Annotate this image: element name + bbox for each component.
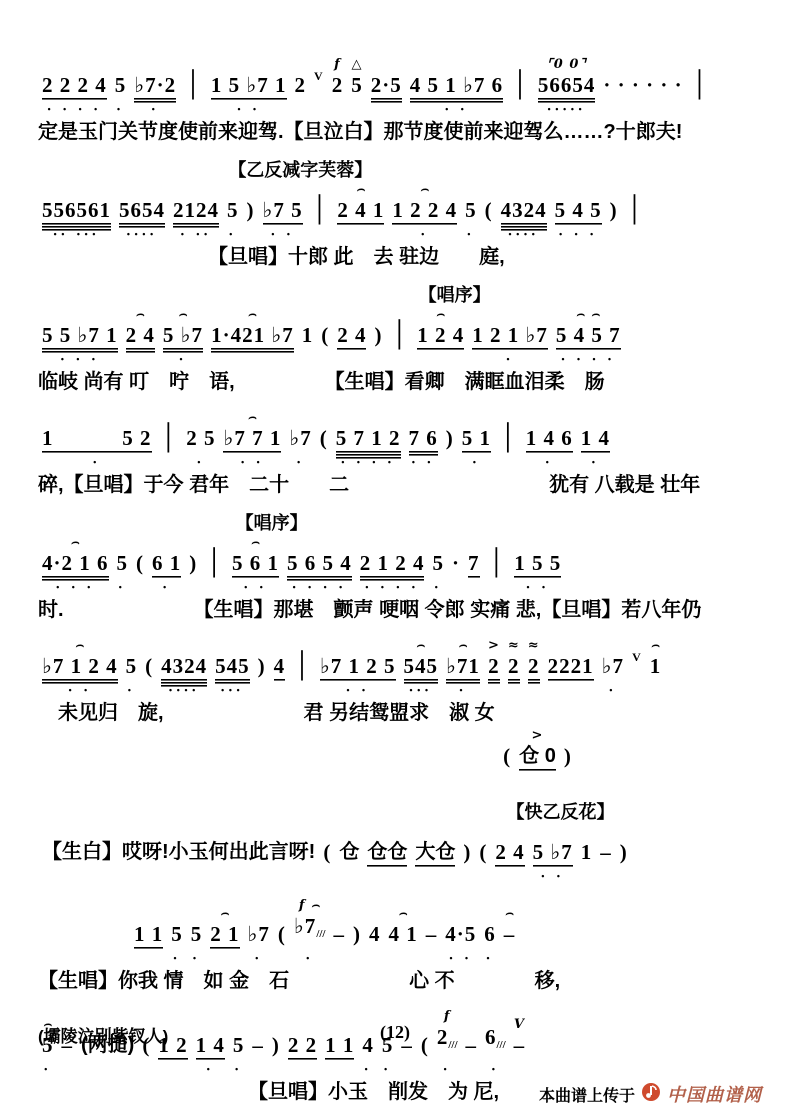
note-token: 556561∙∙ ∙∙∙ bbox=[42, 181, 111, 242]
page-footer: (壩陵泣别紫钗人) (12) bbox=[38, 1022, 752, 1048]
note-text: 4·5 bbox=[445, 922, 476, 946]
notation-line: 【生白】哎呀!小玉何出此言呀! ( 仓 仓仓 大仓 ) ( 2 4 5 ♭7∙ … bbox=[38, 823, 770, 884]
above-mark bbox=[259, 637, 265, 654]
note-token: f2 bbox=[332, 56, 344, 117]
octave-dots bbox=[403, 1066, 411, 1077]
note-text: ( bbox=[278, 922, 286, 946]
note-token: 2 2 2 4∙ ∙ ∙ ∙ bbox=[42, 56, 107, 117]
note-text: 1 bbox=[302, 323, 314, 347]
note-token: 4324∙∙∙∙ bbox=[501, 181, 547, 242]
octave-dots: ∙ ∙ ∙ ∙ bbox=[341, 459, 395, 470]
above-mark bbox=[385, 823, 391, 840]
above-mark bbox=[504, 727, 510, 744]
note-token: 545∙∙∙ bbox=[215, 637, 250, 698]
note-token: │ bbox=[390, 306, 409, 367]
tremolo-mark: /// bbox=[316, 928, 325, 940]
note-text: 4 5 1 ♭7 6 bbox=[410, 73, 503, 97]
note-token: ) bbox=[564, 727, 572, 788]
note-text: 【生白】哎呀!小玉何出此言呀! bbox=[42, 840, 315, 864]
above-mark bbox=[277, 637, 283, 654]
octave-dots: ∙ bbox=[173, 955, 181, 966]
note-text: 5 bbox=[171, 922, 183, 946]
octave-dots: ∙ ∙ bbox=[346, 687, 369, 698]
octave-dots bbox=[169, 1066, 177, 1077]
octave-dots bbox=[247, 231, 255, 242]
octave-dots: ∙ ∙ ∙ ∙ bbox=[292, 584, 346, 595]
above-mark bbox=[447, 409, 453, 426]
octave-dots bbox=[142, 1066, 150, 1077]
octave-dots bbox=[639, 106, 647, 117]
above-mark bbox=[486, 181, 492, 198]
note-text: 仓仓 bbox=[367, 840, 407, 864]
octave-dots bbox=[564, 777, 572, 788]
octave-dots bbox=[510, 687, 518, 698]
note-token: · bbox=[452, 534, 460, 595]
note-text: │ bbox=[499, 426, 518, 450]
lyrics-line: 定是玉门关节度使前来迎驾.【旦泣白】那节度使前来迎驾么……?十郎夫! bbox=[38, 119, 770, 146]
above-mark bbox=[611, 181, 617, 198]
note-token: │ bbox=[511, 56, 530, 117]
octave-dots: ∙ ∙ ∙ ∙ bbox=[365, 584, 419, 595]
lyrics-line: 未见归 旋, 君 另结鸳盟求 淑 女 bbox=[38, 700, 770, 727]
above-mark: ⌢ bbox=[398, 905, 408, 922]
note-text: 5 ♭7 bbox=[163, 323, 203, 347]
note-token: ) bbox=[446, 409, 454, 470]
above-mark: ⌢ bbox=[220, 905, 230, 922]
octave-dots bbox=[272, 1066, 280, 1077]
note-token: ) bbox=[463, 823, 471, 884]
note-token: ) bbox=[620, 823, 628, 884]
note-text: 5 bbox=[117, 551, 129, 575]
note-token: ⌢1 bbox=[650, 637, 662, 698]
note-token: ⌢5 6 1∙ ∙ bbox=[232, 534, 279, 595]
note-text: – bbox=[426, 922, 438, 946]
note-text: │ bbox=[205, 551, 224, 575]
above-mark bbox=[164, 534, 170, 551]
above-mark: ⌢ bbox=[70, 534, 80, 551]
notation-line: 2 2 2 4∙ ∙ ∙ ∙ 5∙ ♭7·2∙ │ 1 5 ♭7 1∙ ∙ 2 … bbox=[38, 56, 770, 117]
above-mark bbox=[174, 905, 180, 922]
note-token: 5 ♭7∙ ∙ bbox=[533, 823, 573, 884]
octave-dots: ∙ bbox=[297, 459, 305, 470]
octave-dots: ∙ bbox=[206, 1066, 214, 1077]
above-mark bbox=[280, 181, 286, 198]
above-mark: ⌢ bbox=[136, 306, 146, 323]
octave-dots bbox=[583, 873, 591, 884]
note-token: 2124∙ ∙∙ bbox=[173, 181, 219, 242]
octave-dots: ∙ bbox=[93, 459, 101, 470]
note-text: ♭7·2 bbox=[134, 73, 176, 97]
note-token: 4·5∙ ∙ bbox=[445, 905, 476, 966]
note-text: │ bbox=[488, 551, 507, 575]
octave-dots: ∙ ∙ bbox=[241, 459, 264, 470]
octave-dots: ∙ ∙ ∙ ∙ bbox=[47, 106, 101, 117]
octave-dots bbox=[470, 584, 478, 595]
octave-dots: ∙ bbox=[118, 584, 126, 595]
octave-dots bbox=[516, 1066, 524, 1077]
note-text: 1·421 ♭7 bbox=[211, 323, 294, 347]
note-token: ⌜0 0⌝56654∙∙∙∙∙ bbox=[538, 56, 596, 117]
above-mark bbox=[621, 823, 627, 840]
note-text: ) bbox=[620, 840, 628, 864]
octave-dots: ∙∙∙∙∙ bbox=[547, 106, 586, 117]
site-name[interactable]: 中国曲谱网 bbox=[667, 1081, 762, 1107]
above-mark bbox=[465, 823, 471, 840]
note-text: ( bbox=[321, 323, 329, 347]
above-mark bbox=[230, 181, 236, 198]
note-token: ⌢ ⌢5 4 5 7∙ ∙ ∙ ∙ bbox=[556, 306, 621, 367]
note-token: ) bbox=[610, 181, 618, 242]
note-text: 4 1 bbox=[388, 922, 417, 946]
octave-dots: ∙ ∙ bbox=[526, 584, 549, 595]
note-text: V bbox=[314, 64, 324, 88]
page-number: (12) bbox=[38, 1022, 752, 1043]
lyrics-line: 时. 【生唱】那堪 颤声 哽咽 令郎 实痛 悲,【旦唱】若八年仍 bbox=[38, 597, 770, 624]
above-mark bbox=[458, 905, 464, 922]
above-mark bbox=[565, 727, 571, 744]
octave-dots bbox=[446, 459, 454, 470]
octave-dots: ∙ bbox=[255, 955, 263, 966]
octave-dots bbox=[534, 777, 542, 788]
octave-dots: ∙ ∙ ∙ ∙ bbox=[561, 356, 615, 367]
above-mark bbox=[433, 823, 439, 840]
note-token: 2 bbox=[295, 56, 307, 117]
note-text: 4324 bbox=[161, 654, 207, 678]
note-text: 大仓 bbox=[415, 840, 455, 864]
octave-dots: ∙ bbox=[459, 687, 467, 698]
above-mark: ⌢ bbox=[251, 534, 261, 551]
note-text: 5 bbox=[227, 198, 239, 222]
above-mark bbox=[521, 181, 527, 198]
note-text: · · · · · · bbox=[603, 73, 682, 97]
notation-line: 556561∙∙ ∙∙∙ 5654∙∙∙∙ 2124∙ ∙∙ 5∙ ) ♭7 5… bbox=[38, 181, 770, 242]
above-mark bbox=[322, 306, 328, 323]
note-token: │ bbox=[488, 534, 507, 595]
note-text: ) bbox=[258, 654, 266, 678]
note-token: 1 bbox=[581, 823, 593, 884]
note-text: │ bbox=[511, 73, 530, 97]
note-token: ⌢2 4 bbox=[126, 306, 155, 367]
note-token: ⌢4 1 bbox=[388, 905, 417, 966]
note-token: ( bbox=[485, 181, 493, 242]
octave-dots bbox=[165, 459, 173, 470]
note-text: ) bbox=[564, 744, 572, 768]
octave-dots bbox=[652, 687, 660, 698]
note-token: 5∙ bbox=[171, 905, 183, 966]
octave-dots bbox=[190, 106, 198, 117]
octave-dots bbox=[493, 584, 501, 595]
octave-dots bbox=[211, 584, 219, 595]
note-token: 2221 bbox=[548, 637, 594, 698]
above-mark: ⌢ bbox=[248, 306, 258, 323]
octave-dots bbox=[530, 687, 538, 698]
octave-dots bbox=[602, 873, 610, 884]
note-text: │ bbox=[691, 73, 710, 97]
octave-dots: ∙ bbox=[384, 1066, 392, 1077]
note-token: 5 5 ♭7 1∙ ∙ ∙ bbox=[42, 306, 118, 367]
note-token: ) bbox=[353, 905, 361, 966]
lyrics-line: 碎,【旦唱】于今 君年 二十 二 犹有 八载是 壮年 bbox=[38, 472, 770, 499]
octave-dots bbox=[610, 231, 618, 242]
note-token: 仓仓 bbox=[367, 823, 407, 884]
octave-dots: ∙ bbox=[473, 459, 481, 470]
note-text: ♭7 bbox=[289, 426, 311, 450]
octave-dots: ∙∙∙∙ bbox=[508, 231, 539, 242]
note-text: │ bbox=[160, 426, 179, 450]
note-text: 2 1 2 4 bbox=[360, 551, 425, 575]
score-system: 【乙反减字芙蓉】 556561∙∙ ∙∙∙ 5654∙∙∙∙ 2124∙ ∙∙ … bbox=[38, 159, 770, 271]
note-token: 大仓 bbox=[415, 823, 455, 884]
above-mark bbox=[593, 409, 599, 426]
note-text: ♭7 1 2 5 bbox=[320, 654, 396, 678]
note-text: 2·5 bbox=[371, 73, 402, 97]
note-token: 5∙ bbox=[432, 534, 444, 595]
note-text: 556561 bbox=[42, 198, 111, 222]
above-mark bbox=[146, 905, 152, 922]
above-mark: > bbox=[532, 727, 544, 744]
octave-dots bbox=[334, 106, 342, 117]
octave-dots bbox=[145, 687, 153, 698]
note-token: 7 6∙ ∙ bbox=[409, 409, 438, 470]
note-text: 4 bbox=[274, 654, 286, 678]
octave-dots bbox=[375, 356, 383, 367]
above-mark bbox=[468, 181, 474, 198]
octave-dots bbox=[620, 873, 628, 884]
above-mark: ⌢ bbox=[356, 181, 366, 198]
above-mark bbox=[298, 409, 304, 426]
lyrics-line: 临岐 尚有 叮 咛 语, 【生唱】看卿 满眶血泪柔 肠 bbox=[38, 369, 770, 396]
octave-dots bbox=[567, 687, 575, 698]
octave-dots: ∙ ∙ bbox=[271, 231, 294, 242]
octave-dots bbox=[249, 356, 257, 367]
octave-dots: ∙ bbox=[506, 356, 514, 367]
note-token: 1 5 ♭7 1∙ ∙ bbox=[211, 56, 287, 117]
score-system: ⌢♭7 1 2 4∙ ∙ 5∙ ( 4324∙∙∙∙ 545∙∙∙ ) 4 │ … bbox=[38, 637, 770, 788]
above-mark: > bbox=[488, 637, 500, 654]
note-token: ⌢1 2 2 4∙ bbox=[392, 181, 457, 242]
note-token: ( bbox=[136, 534, 144, 595]
above-mark: ⌢ ⌢ bbox=[576, 306, 601, 323]
above-mark: ⌢ bbox=[436, 306, 446, 323]
note-text: 2221 bbox=[548, 654, 594, 678]
note-token: │ bbox=[160, 409, 179, 470]
above-mark bbox=[481, 823, 487, 840]
octave-dots: ∙∙∙ bbox=[409, 687, 432, 698]
note-text: ) bbox=[610, 198, 618, 222]
octave-dots bbox=[428, 955, 436, 966]
note-token: 1 1 bbox=[134, 905, 163, 966]
note-token: 1 bbox=[302, 306, 314, 367]
note-text: – bbox=[600, 840, 612, 864]
above-mark bbox=[193, 181, 199, 198]
score-system: 2 2 2 4∙ ∙ ∙ ∙ 5∙ ♭7·2∙ │ 1 5 ♭7 1∙ ∙ 2 … bbox=[38, 56, 770, 146]
octave-dots bbox=[452, 584, 460, 595]
note-text: 545 bbox=[404, 654, 439, 678]
above-mark bbox=[246, 56, 252, 73]
above-mark bbox=[194, 905, 200, 922]
note-token: 5∙ bbox=[227, 181, 239, 242]
note-token: │ bbox=[205, 534, 224, 595]
note-text: │ bbox=[311, 198, 330, 222]
octave-dots: ∙ bbox=[229, 231, 237, 242]
note-token: 【生白】哎呀!小玉何出此言呀! bbox=[42, 823, 315, 884]
octave-dots bbox=[696, 106, 704, 117]
octave-dots bbox=[335, 955, 343, 966]
note-text: 5 bbox=[432, 551, 444, 575]
octave-dots bbox=[463, 873, 471, 884]
above-mark bbox=[191, 534, 197, 551]
note-token: ( bbox=[323, 823, 331, 884]
above-mark bbox=[471, 534, 477, 551]
note-text: 5 bbox=[115, 73, 127, 97]
above-mark bbox=[347, 823, 353, 840]
octave-dots bbox=[467, 1066, 475, 1077]
note-text: 4 bbox=[369, 922, 381, 946]
above-mark bbox=[298, 56, 304, 73]
note-text: 7 6 bbox=[409, 426, 438, 450]
note-token: 2 4 bbox=[495, 823, 524, 884]
above-mark bbox=[230, 637, 236, 654]
above-mark bbox=[603, 823, 609, 840]
note-token: ≈2 bbox=[508, 637, 520, 698]
octave-dots bbox=[506, 955, 514, 966]
above-mark: ≈ bbox=[508, 637, 520, 654]
octave-dots bbox=[431, 873, 439, 884]
octave-dots bbox=[396, 356, 404, 367]
octave-dots: ∙ ∙ ∙ bbox=[60, 356, 99, 367]
score-system: 【唱序】⌢4·2 1 6∙ ∙ ∙ 5∙ ( 6 1∙ ) │ ⌢5 6 1∙ … bbox=[38, 512, 770, 624]
above-mark bbox=[325, 823, 331, 840]
above-mark bbox=[435, 534, 441, 551]
octave-dots: ∙ bbox=[197, 459, 205, 470]
octave-dots: ∙ bbox=[179, 356, 187, 367]
octave-dots: ∙ bbox=[486, 955, 494, 966]
octave-dots: ∙ ∙ bbox=[237, 106, 260, 117]
note-text: 5 bbox=[191, 922, 203, 946]
note-token: ( bbox=[320, 409, 328, 470]
notation-line: 1 1 5∙ 5∙⌢2 1 ♭7∙ ( f ⌢♭7///∙ – ) 4 ⌢4 1… bbox=[130, 897, 770, 966]
note-text: 545 bbox=[215, 654, 250, 678]
note-token: 5 1∙ bbox=[462, 409, 491, 470]
note-text: 2 4 1 bbox=[337, 198, 384, 222]
note-text: ) bbox=[353, 922, 361, 946]
octave-dots: ∙ ∙∙ bbox=[181, 231, 212, 242]
octave-dots bbox=[506, 873, 514, 884]
above-mark bbox=[321, 409, 327, 426]
above-mark bbox=[429, 905, 435, 922]
note-text: 1 bbox=[581, 840, 593, 864]
note-text: ♭7 7 1 bbox=[223, 426, 281, 450]
octave-dots bbox=[63, 1066, 71, 1077]
note-token: ( bbox=[479, 823, 487, 884]
note-token: ♭7 1 2 5∙ ∙ bbox=[320, 637, 396, 698]
octave-dots bbox=[145, 955, 153, 966]
octave-dots: ∙ ∙ ∙ bbox=[56, 584, 95, 595]
octave-dots bbox=[348, 356, 356, 367]
note-text: │ bbox=[626, 198, 645, 222]
note-token: 5∙ bbox=[117, 534, 129, 595]
notation-line: 5 5 ♭7 1∙ ∙ ∙⌢2 4 ⌢5 ♭7∙⌢1·421 ♭7 1 ( 2 … bbox=[38, 306, 770, 367]
note-text: 1 2 1 ♭7 bbox=[472, 323, 548, 347]
site-logo-icon[interactable] bbox=[641, 1082, 661, 1107]
octave-dots: ∙ bbox=[44, 1066, 52, 1077]
octave-dots bbox=[383, 873, 391, 884]
octave-dots: ∙ bbox=[545, 459, 553, 470]
octave-dots bbox=[336, 1066, 344, 1077]
note-token: 1 5 2∙ bbox=[42, 409, 152, 470]
note-text: │ bbox=[184, 73, 203, 97]
octave-dots: ∙ bbox=[467, 231, 475, 242]
note-text: ♭71 bbox=[446, 654, 480, 678]
note-text: 2 1 bbox=[210, 922, 239, 946]
note-token: ⌢♭71∙ bbox=[446, 637, 480, 698]
above-mark bbox=[137, 534, 143, 551]
octave-dots: ∙ bbox=[193, 955, 201, 966]
note-text: 5 bbox=[465, 198, 477, 222]
octave-dots bbox=[353, 955, 361, 966]
note-token: △5 bbox=[351, 56, 363, 117]
octave-dots bbox=[505, 459, 513, 470]
note-text: 5 1 bbox=[462, 426, 491, 450]
octave-dots bbox=[316, 231, 324, 242]
note-token: ) bbox=[189, 534, 197, 595]
octave-dots bbox=[382, 106, 390, 117]
score-system: 【唱序】 5 5 ♭7 1∙ ∙ ∙⌢2 4 ⌢5 ♭7∙⌢1·421 ♭7 1… bbox=[38, 284, 770, 396]
note-text: 1 1 bbox=[134, 922, 163, 946]
note-token: 4324∙∙∙∙ bbox=[161, 637, 207, 698]
score-system: 【快乙反花】 【生白】哎呀!小玉何出此言呀! ( 仓 仓仓 大仓 ) ( 2 4… bbox=[38, 801, 770, 884]
note-token: ⌢1·421 ♭7 bbox=[211, 306, 294, 367]
note-text: 仓 0 bbox=[519, 744, 556, 768]
octave-dots: ∙ bbox=[306, 955, 314, 966]
note-token: f ⌢♭7///∙ bbox=[294, 897, 326, 966]
note-token: 5 7 1 2∙ ∙ ∙ ∙ bbox=[336, 409, 401, 470]
above-mark bbox=[146, 637, 152, 654]
above-mark bbox=[198, 409, 204, 426]
above-mark bbox=[74, 181, 80, 198]
note-text: ( bbox=[323, 840, 331, 864]
note-text: ( bbox=[136, 551, 144, 575]
note-token: · · · · · · bbox=[603, 56, 682, 117]
octave-dots bbox=[104, 1066, 112, 1077]
note-token: 5 4 5∙ ∙ ∙ bbox=[555, 181, 602, 242]
note-text: ) bbox=[374, 323, 382, 347]
above-mark bbox=[176, 823, 182, 840]
note-text: ♭7 bbox=[248, 922, 270, 946]
above-mark bbox=[584, 823, 590, 840]
octave-dots: ∙ bbox=[364, 1066, 372, 1077]
above-mark bbox=[354, 905, 360, 922]
octave-dots bbox=[136, 584, 144, 595]
note-token: │ bbox=[626, 181, 645, 242]
octave-dots: ∙ ∙ bbox=[412, 459, 435, 470]
octave-dots bbox=[437, 356, 445, 367]
octave-dots: ∙ bbox=[609, 687, 617, 698]
above-mark bbox=[535, 534, 541, 551]
note-text: 5 5 ♭7 1 bbox=[42, 323, 118, 347]
note-text: 1 4 bbox=[581, 426, 610, 450]
octave-dots bbox=[258, 687, 266, 698]
score-page: 2 2 2 4∙ ∙ ∙ ∙ 5∙ ♭7·2∙ │ 1 5 ♭7 1∙ ∙ 2 … bbox=[0, 0, 790, 1106]
above-mark bbox=[383, 56, 389, 73]
octave-dots bbox=[299, 1066, 307, 1077]
octave-dots bbox=[399, 955, 407, 966]
octave-dots bbox=[490, 687, 498, 698]
note-text: 5 7 1 2 bbox=[336, 426, 401, 450]
octave-dots bbox=[320, 459, 328, 470]
note-text: 5 6 1 bbox=[232, 551, 279, 575]
octave-dots bbox=[371, 955, 379, 966]
